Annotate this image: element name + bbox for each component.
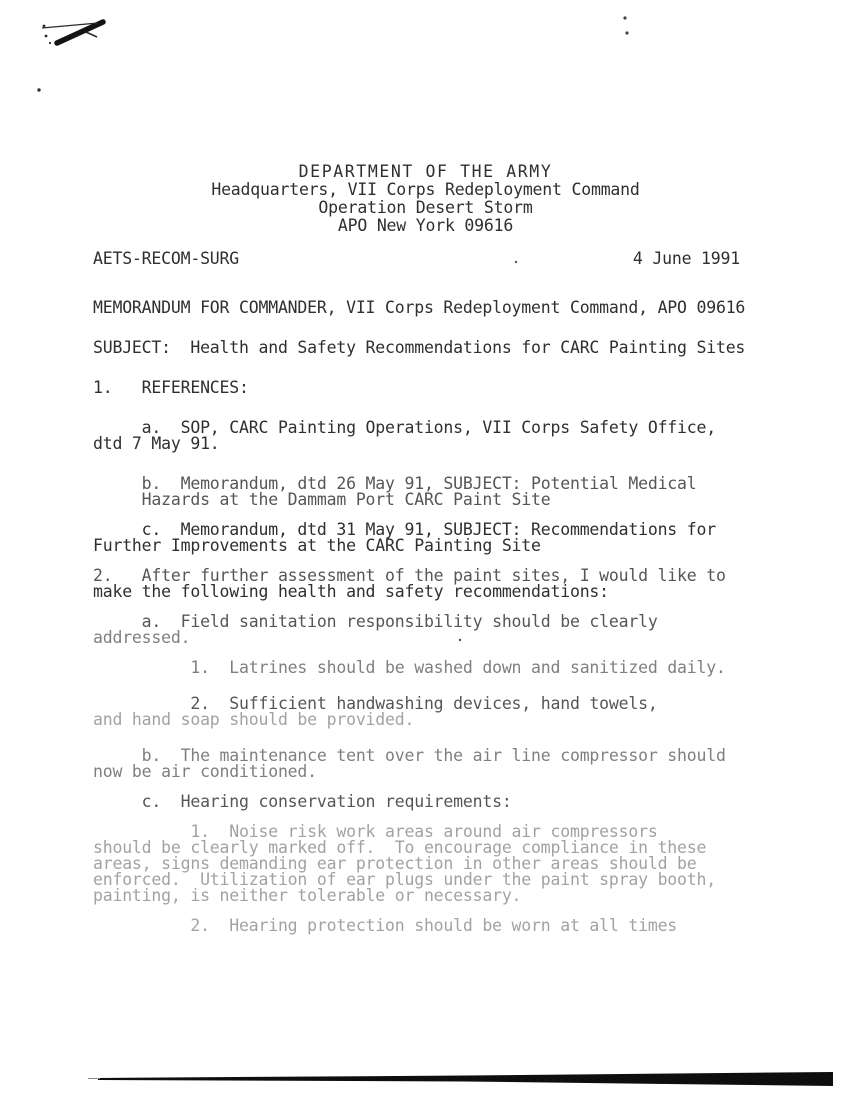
scanned-memo-page: DEPARTMENT OF THE ARMY Headquarters, VII…: [0, 0, 850, 1094]
para-2c-heading: c. Hearing conservation requirements:: [93, 794, 793, 810]
speck-icon: [623, 16, 626, 19]
letterhead: DEPARTMENT OF THE ARMY Headquarters, VII…: [93, 163, 758, 235]
letterhead-headquarters: Headquarters, VII Corps Redeployment Com…: [93, 181, 758, 199]
memorandum-for-line: MEMORANDUM FOR COMMANDER, VII Corps Rede…: [93, 300, 793, 316]
ink-dot: [37, 88, 40, 91]
office-symbol: AETS-RECOM-SURG: [93, 251, 239, 267]
para-2b-line-2: now be air conditioned.: [93, 764, 793, 780]
pen-scribble-icon: [42, 22, 103, 44]
para-2c2-hearing-protection: 2. Hearing protection should be worn at …: [93, 918, 793, 934]
para-2a1-latrines: 1. Latrines should be washed down and sa…: [93, 660, 793, 676]
memo-date: 4 June 1991: [633, 251, 758, 267]
reference-b-line-2: Hazards at the Dammam Port CARC Paint Si…: [93, 492, 793, 508]
letterhead-apo: APO New York 09616: [93, 217, 758, 235]
letterhead-department: DEPARTMENT OF THE ARMY: [93, 163, 758, 181]
letterhead-operation: Operation Desert Storm: [93, 199, 758, 217]
para-2c1-line-5: painting, is neither tolerable or necess…: [93, 888, 793, 904]
speck-icon: [625, 31, 628, 34]
para-2a-line-1: a. Field sanitation responsibility shoul…: [93, 614, 793, 630]
reference-c-line-2: Further Improvements at the CARC Paintin…: [93, 538, 793, 554]
subject-line: SUBJECT: Health and Safety Recommendatio…: [93, 340, 793, 356]
references-heading: 1. REFERENCES:: [93, 380, 793, 396]
para-2a-line-2: addressed.: [93, 630, 793, 646]
memo-body: MEMORANDUM FOR COMMANDER, VII Corps Rede…: [93, 300, 793, 934]
scan-edge-bar: [98, 1072, 833, 1086]
reference-a-line-2: dtd 7 May 91.: [93, 436, 793, 452]
para-2-line-2: make the following health and safety rec…: [93, 584, 793, 600]
para-2a2-line-2: and hand soap should be provided.: [93, 712, 793, 728]
office-symbol-row: AETS-RECOM-SURG 4 June 1991: [93, 251, 758, 267]
